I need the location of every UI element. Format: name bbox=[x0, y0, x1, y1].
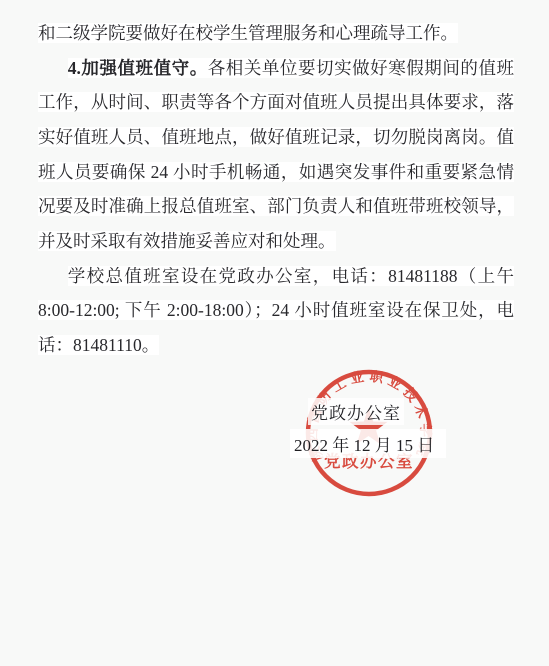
paragraph-text: 学校总值班室设在党政办公室，电话：81481188（上午 8:00-12:00;… bbox=[38, 266, 514, 355]
document-page: 和二级学院要做好在校学生管理服务和心理疏导工作。 4.加强值班值守。各相关单位要… bbox=[0, 0, 549, 666]
paragraph-contact-info: 学校总值班室设在党政办公室，电话：81481188（上午 8:00-12:00;… bbox=[38, 259, 514, 363]
signature-office: 党政办公室 bbox=[308, 398, 404, 425]
section-body: 各相关单位要切实做好寒假期间的值班工作，从时间、职责等各个方面对值班人员提出具体… bbox=[38, 58, 514, 251]
document-body: 和二级学院要做好在校学生管理服务和心理疏导工作。 4.加强值班值守。各相关单位要… bbox=[38, 16, 514, 363]
signature-date: 2022 年 12 月 15 日 bbox=[290, 429, 446, 458]
section-heading: 4.加强值班值守。 bbox=[68, 58, 208, 78]
paragraph-text: 和二级学院要做好在校学生管理服务和心理疏导工作。 bbox=[38, 23, 458, 43]
paragraph-text: 4.加强值班值守。各相关单位要切实做好寒假期间的值班工作，从时间、职责等各个方面… bbox=[38, 58, 514, 251]
paragraph-continuation: 和二级学院要做好在校学生管理服务和心理疏导工作。 bbox=[38, 16, 514, 51]
paragraph-duty-section: 4.加强值班值守。各相关单位要切实做好寒假期间的值班工作，从时间、职责等各个方面… bbox=[38, 51, 514, 259]
